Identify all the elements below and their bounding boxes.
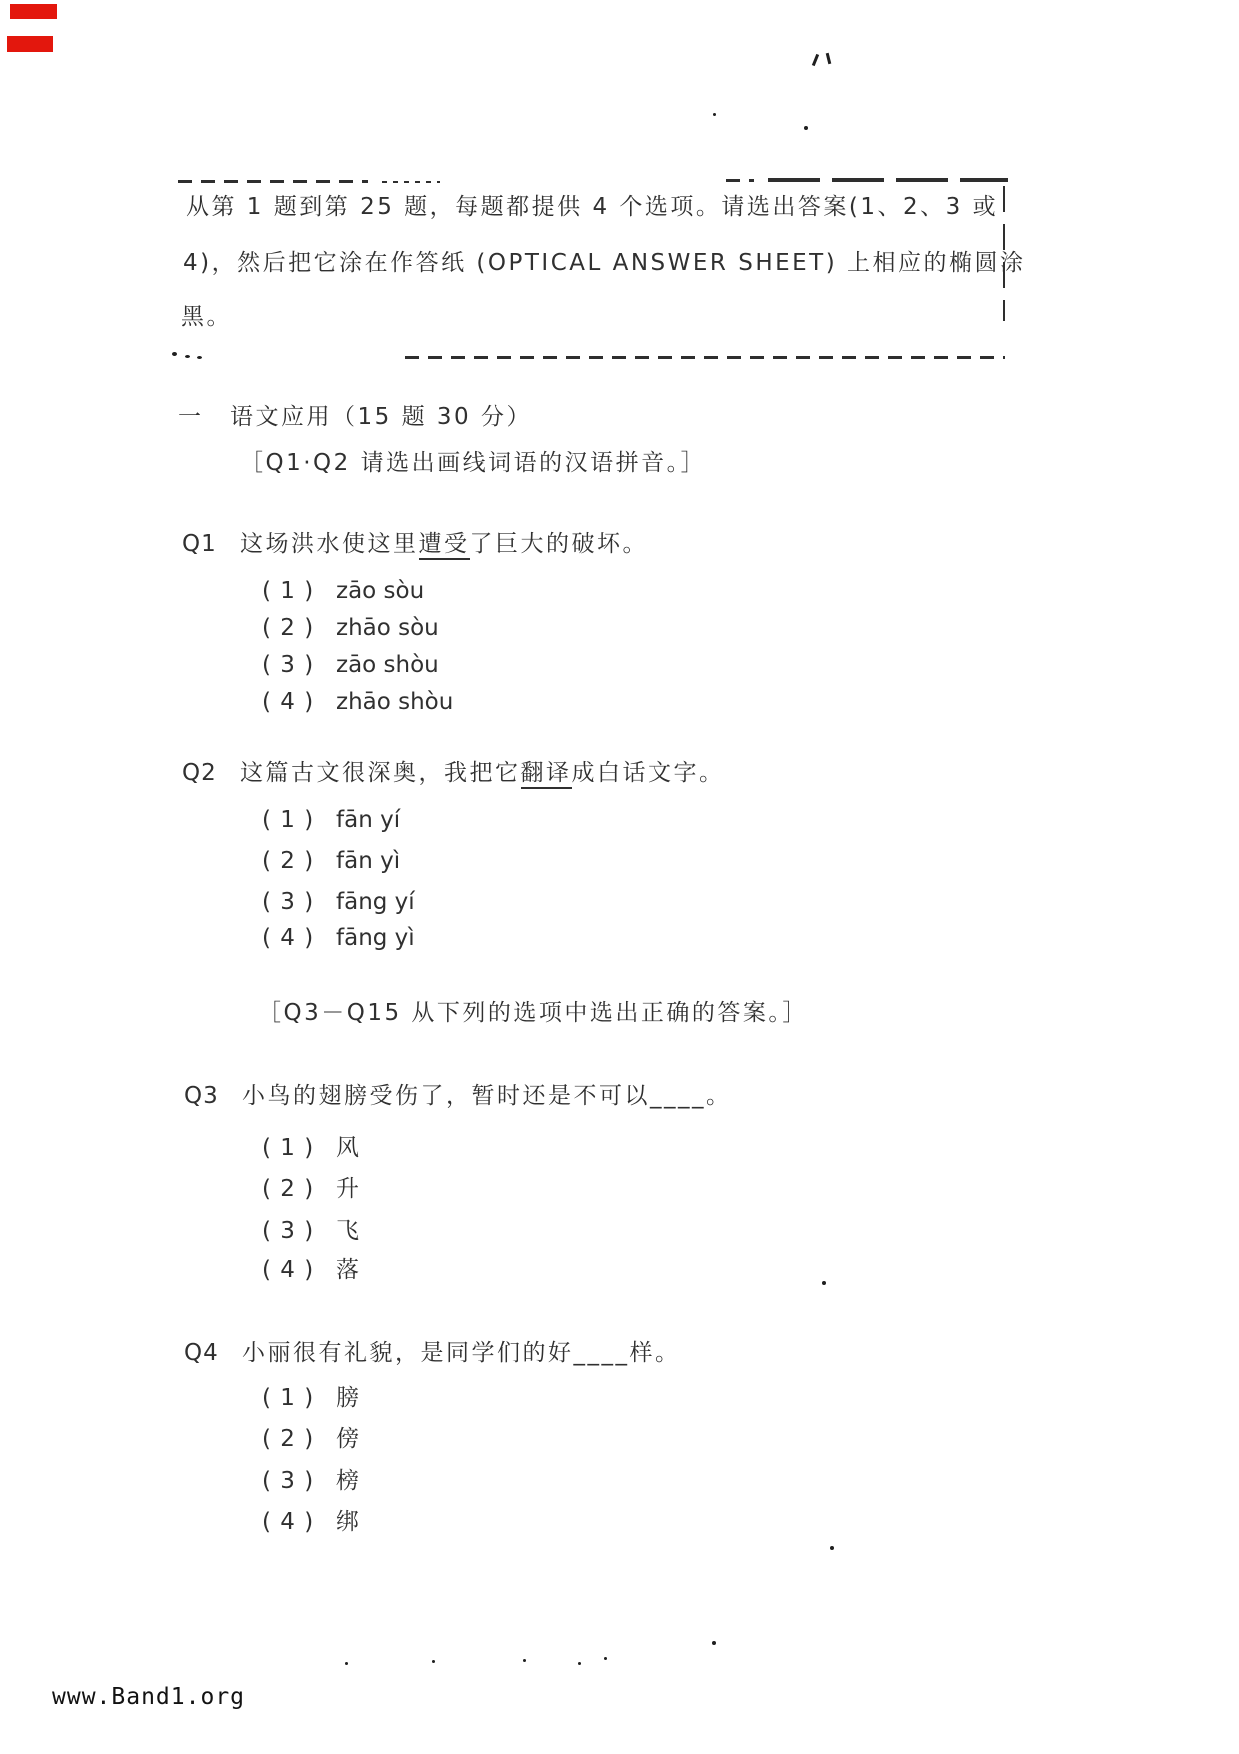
option-number: ( 2 ) [262,1426,336,1454]
q2-option-4: ( 4 )fāng yì [262,925,415,953]
question-q3: Q3小鸟的翅膀受伤了，暂时还是不可以____。 [184,1083,732,1111]
section-note-q3-q15: ［Q3－Q15 从下列的选项中选出正确的答案。］ [258,1000,808,1028]
question-label: Q4 [184,1340,242,1368]
option-number: ( 1 ) [262,807,336,835]
option-text: zhāo shòu [336,689,453,715]
ink-speck [713,113,716,116]
instruction-line-1: 从第 1 题到第 25 题，每题都提供 4 个选项。请选出答案(1、2、3 或 [186,194,998,222]
ink-speck [822,1281,826,1285]
question-text-after: 了巨大的破坏。 [470,531,649,557]
q2-option-2: ( 2 )fān yì [262,848,400,876]
q3-option-3: ( 3 )飞 [262,1218,362,1246]
question-text: 小丽很有礼貌，是同学们的好____样。 [242,1340,681,1366]
underlined-word: 翻译 [521,760,572,789]
option-number: ( 1 ) [262,1135,336,1163]
ink-speck [432,1660,435,1663]
watermark-url: www.Band1.org [52,1684,245,1710]
option-text: fān yì [336,848,400,874]
option-text: fāng yì [336,925,415,951]
question-label: Q3 [184,1083,242,1111]
question-label: Q2 [182,760,240,788]
question-q4: Q4小丽很有礼貌，是同学们的好____样。 [184,1340,681,1368]
box-border-mark [185,355,190,358]
option-number: ( 4 ) [262,689,336,717]
q1-option-4: ( 4 )zhāo shòu [262,689,453,717]
question-q2: Q2这篇古文很深奥，我把它翻译成白话文字。 [182,760,725,788]
red-scan-artifact [7,36,53,52]
box-border-mark [172,352,177,356]
option-number: ( 2 ) [262,848,336,876]
box-border-top [178,180,368,183]
option-text: 风 [336,1135,362,1161]
option-text: 绑 [336,1509,362,1535]
option-number: ( 2 ) [262,615,336,643]
box-border-top [768,178,1008,182]
underlined-word: 遭受 [419,531,470,560]
question-text-after: 成白话文字。 [572,760,725,786]
box-border-mark [197,356,202,359]
option-text: zhāo sòu [336,615,439,641]
option-number: ( 3 ) [262,1468,336,1496]
q3-option-2: ( 2 )升 [262,1176,362,1204]
question-text-before: 这场洪水使这里 [240,531,419,557]
scanned-exam-page: 从第 1 题到第 25 题，每题都提供 4 个选项。请选出答案(1、2、3 或 … [0,0,1239,1754]
ink-smudge [826,53,832,64]
ink-speck [523,1659,526,1662]
q3-option-1: ( 1 )风 [262,1135,362,1163]
ink-speck [712,1641,716,1645]
option-number: ( 1 ) [262,1385,336,1413]
box-border-bottom [405,356,1005,359]
option-text: 飞 [336,1218,362,1244]
option-text: 傍 [336,1426,362,1452]
question-text: 这篇古文很深奥，我把它翻译成白话文字。 [240,760,725,789]
option-number: ( 2 ) [262,1176,336,1204]
instruction-line-3: 黑。 [181,304,232,332]
q4-option-3: ( 3 )榜 [262,1468,362,1496]
q2-option-3: ( 3 )fāng yí [262,889,415,917]
option-text: fān yí [336,807,400,833]
option-number: ( 3 ) [262,1218,336,1246]
option-number: ( 1 ) [262,578,336,606]
ink-speck [578,1662,581,1665]
box-border-top [382,181,440,183]
option-text: 榜 [336,1468,362,1494]
ink-smudge [812,54,819,66]
question-text: 小鸟的翅膀受伤了，暂时还是不可以____。 [242,1083,732,1109]
option-number: ( 4 ) [262,1509,336,1537]
q4-option-2: ( 2 )傍 [262,1426,362,1454]
option-number: ( 4 ) [262,1257,336,1285]
option-text: zāo shòu [336,652,439,678]
ink-speck [804,126,808,130]
question-text: 这场洪水使这里遭受了巨大的破坏。 [240,531,648,560]
q4-option-1: ( 1 )膀 [262,1385,362,1413]
question-q1: Q1这场洪水使这里遭受了巨大的破坏。 [182,531,648,559]
q4-option-4: ( 4 )绑 [262,1509,362,1537]
q1-option-3: ( 3 )zāo shòu [262,652,439,680]
section-note-q1-q2: ［Q1·Q2 请选出画线词语的汉语拼音。］ [240,450,706,478]
question-label: Q1 [182,531,240,559]
option-text: fāng yí [336,889,415,915]
q1-option-1: ( 1 )zāo sòu [262,578,424,606]
q2-option-1: ( 1 )fān yí [262,807,400,835]
option-number: ( 3 ) [262,889,336,917]
ink-speck [345,1662,348,1665]
section-title: 语文应用（15 题 30 分） [230,404,532,432]
question-text-before: 这篇古文很深奥，我把它 [240,760,521,786]
option-number: ( 4 ) [262,925,336,953]
option-text: 升 [336,1176,362,1202]
q1-option-2: ( 2 )zhāo sòu [262,615,439,643]
q3-option-4: ( 4 )落 [262,1257,362,1285]
section-number: 一 [178,404,204,432]
option-text: 落 [336,1257,362,1283]
option-number: ( 3 ) [262,652,336,680]
ink-speck [830,1546,834,1550]
option-text: 膀 [336,1385,362,1411]
instruction-line-2: 4)，然后把它涂在作答纸 (OPTICAL ANSWER SHEET) 上相应的… [183,250,1026,278]
ink-speck [604,1657,607,1660]
option-text: zāo sòu [336,578,424,604]
box-border-top [726,179,754,182]
red-scan-artifact [10,4,57,19]
